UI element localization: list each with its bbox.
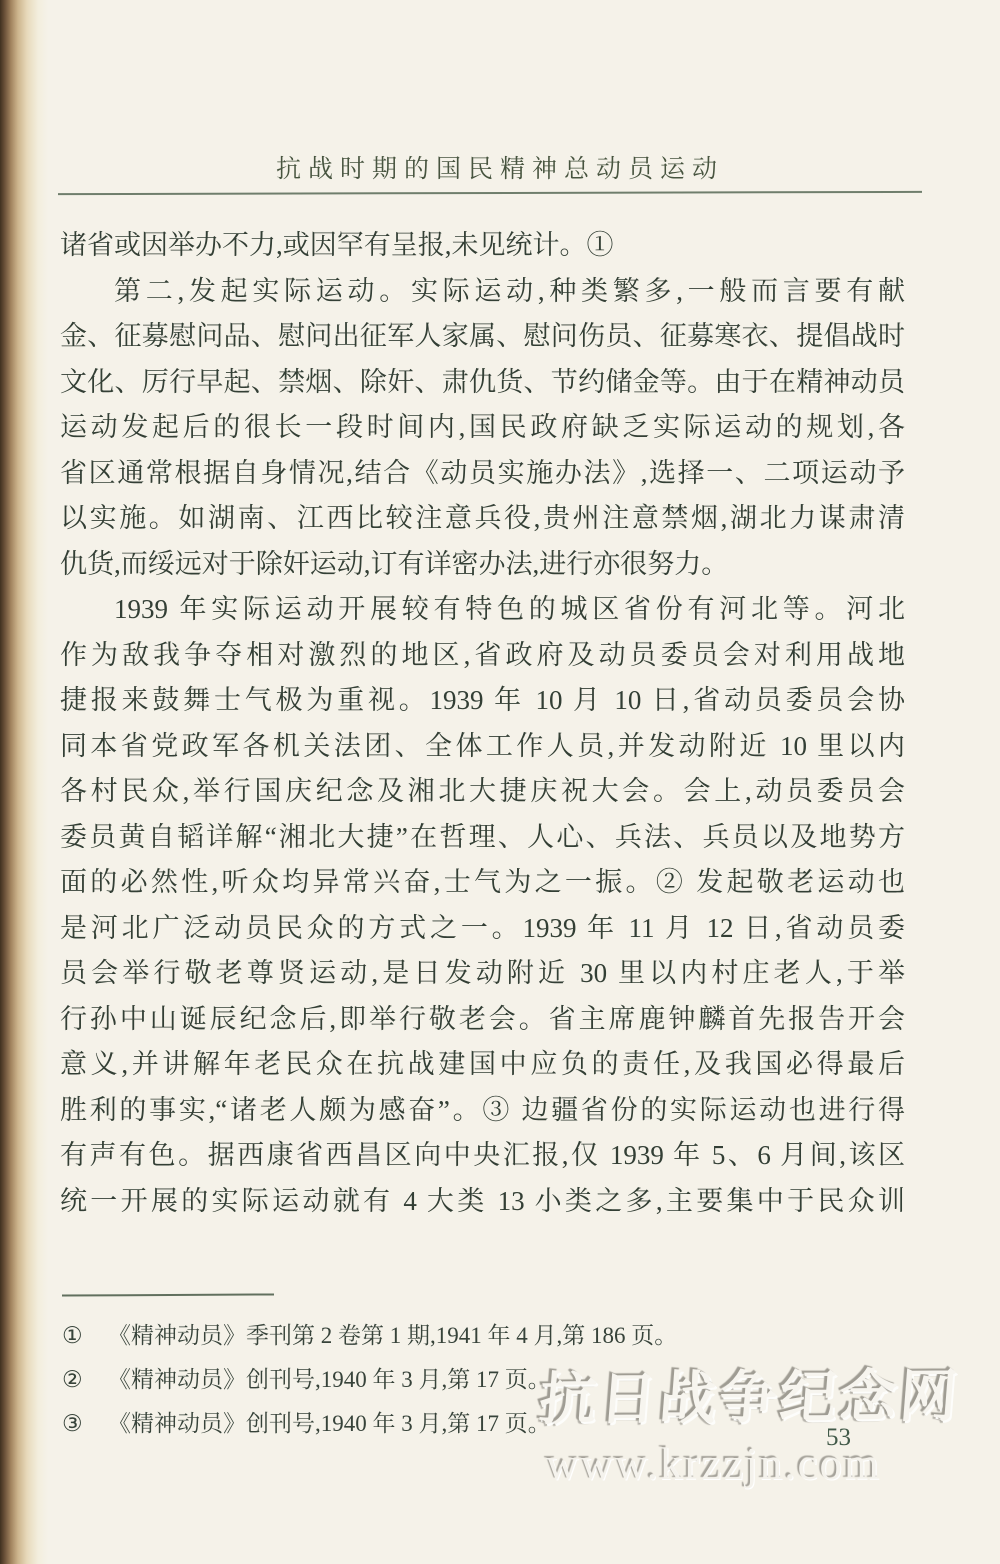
- running-header-title: 抗战时期的国民精神总动员运动: [0, 149, 1000, 185]
- footnote: ① 《精神动员》季刊第 2 卷第 1 期,1941 年 4 月,第 186 页。: [62, 1314, 782, 1358]
- body-text-block: 诸省或因举办不力,或因罕有呈报,未见统计。① 第二,发起实际运动。实际运动,种类…: [60, 223, 905, 1224]
- text-line: 面的必然性,听众均异常兴奋,士气为之一振。② 发起敬老运动也: [60, 860, 905, 906]
- text-line: 同本省党政军各机关法团、全体工作人员,并发动附近 10 里以内: [60, 724, 905, 770]
- footnote-marker: ①: [62, 1314, 108, 1358]
- header-rule: [58, 191, 922, 195]
- text-line: 运动发起后的很长一段时间内,国民政府缺乏实际运动的规划,各: [60, 405, 905, 451]
- footnote-text: 《精神动员》创刊号,1940 年 3 月,第 17 页。: [108, 1402, 782, 1446]
- footnote-text: 《精神动员》季刊第 2 卷第 1 期,1941 年 4 月,第 186 页。: [108, 1314, 782, 1358]
- text-line: 意义,并讲解年老民众在抗战建国中应负的责任,及我国必得最后: [60, 1042, 905, 1088]
- text-line: 胜利的事实,“诸老人颇为感奋”。③ 边疆省份的实际运动也进行得: [60, 1088, 905, 1134]
- text-line: 捷报来鼓舞士气极为重视。1939 年 10 月 10 日,省动员委员会协: [60, 678, 905, 724]
- text-line: 以实施。如湖南、江西比较注意兵役,贵州注意禁烟,湖北力谋肃清: [60, 496, 905, 542]
- footnote-marker: ②: [62, 1358, 108, 1402]
- footnote: ② 《精神动员》创刊号,1940 年 3 月,第 17 页。: [62, 1358, 782, 1402]
- text-line: 各村民众,举行国庆纪念及湘北大捷庆祝大会。会上,动员委员会: [60, 769, 905, 815]
- page-number: 53: [826, 1424, 851, 1452]
- scanned-book-page: { "header": { "title": "抗战时期的国民精神总动员运动" …: [0, 0, 1000, 1564]
- text-line: 诸省或因举办不力,或因罕有呈报,未见统计。①: [60, 223, 905, 269]
- text-line: 统一开展的实际运动就有 4 大类 13 小类之多,主要集中于民众训: [60, 1179, 905, 1225]
- text-line: 作为敌我争夺相对激烈的地区,省政府及动员委员会对利用战地: [60, 633, 905, 679]
- text-line: 员会举行敬老尊贤运动,是日发动附近 30 里以内村庄老人,于举: [60, 951, 905, 997]
- text-line: 委员黄自韬详解“湘北大捷”在哲理、人心、兵法、兵员以及地势方: [60, 815, 905, 861]
- text-line: 第二,发起实际运动。实际运动,种类繁多,一般而言要有献: [60, 269, 905, 315]
- text-line: 文化、厉行早起、禁烟、除奸、肃仇货、节约储金等。由于在精神动员: [60, 360, 905, 406]
- text-line: 行孙中山诞辰纪念后,即举行敬老会。省主席鹿钟麟首先报告开会: [60, 997, 905, 1043]
- footnote: ③ 《精神动员》创刊号,1940 年 3 月,第 17 页。: [62, 1402, 782, 1446]
- text-line: 仇货,而绥远对于除奸运动,订有详密办法,进行亦很努力。: [60, 542, 905, 588]
- footnote-marker: ③: [62, 1402, 108, 1446]
- footnote-text: 《精神动员》创刊号,1940 年 3 月,第 17 页。: [108, 1358, 782, 1402]
- footnote-separator-rule: [62, 1293, 274, 1296]
- page-canvas: 抗战时期的国民精神总动员运动 诸省或因举办不力,或因罕有呈报,未见统计。① 第二…: [0, 0, 1000, 1564]
- text-line: 省区通常根据自身情况,结合《动员实施办法》,选择一、二项运动予: [60, 451, 905, 497]
- text-line: 金、征募慰问品、慰问出征军人家属、慰问伤员、征募寒衣、提倡战时: [60, 314, 905, 360]
- text-line: 有声有色。据西康省西昌区向中央汇报,仅 1939 年 5、6 月间,该区: [60, 1133, 905, 1179]
- text-line: 是河北广泛动员民众的方式之一。1939 年 11 月 12 日,省动员委: [60, 906, 905, 952]
- book-binding-shadow: [0, 0, 48, 1564]
- footnotes-block: ① 《精神动员》季刊第 2 卷第 1 期,1941 年 4 月,第 186 页。…: [62, 1314, 782, 1446]
- text-line: 1939 年实际运动开展较有特色的城区省份有河北等。河北: [60, 587, 905, 633]
